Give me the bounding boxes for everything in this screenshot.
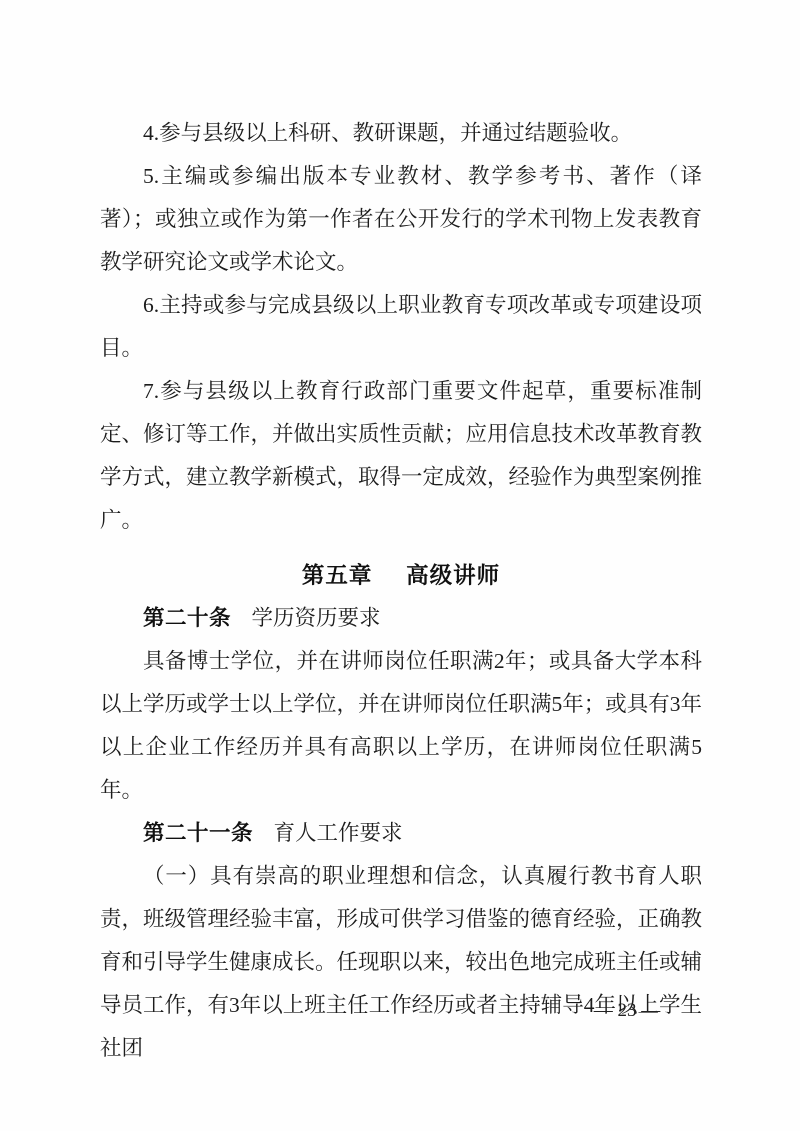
article-21-body: （一）具有崇高的职业理想和信念，认真履行教书育人职责，班级管理经验丰富，形成可供… <box>100 855 702 1070</box>
paragraph-item-7: 7.参与县级以上教育行政部门重要文件起草，重要标准制定、修订等工作，并做出实质性… <box>100 370 702 542</box>
chapter-heading: 第五章高级讲师 <box>100 554 702 597</box>
article-21-heading: 第二十一条育人工作要求 <box>100 812 702 855</box>
paragraph-item-4: 4.参与县级以上科研、教研课题，并通过结题验收。 <box>100 112 702 155</box>
article-20-body: 具备博士学位，并在讲师岗位任职满2年；或具备大学本科以上学历或学士以上学位，并在… <box>100 640 702 812</box>
article-20-number: 第二十条 <box>143 606 231 630</box>
document-page: 4.参与县级以上科研、教研课题，并通过结题验收。 5.主编或参编出版本专业教材、… <box>0 0 800 1131</box>
page-number: — 23 — <box>584 1000 670 1022</box>
paragraph-item-6: 6.主持或参与完成县级以上职业教育专项改革或专项建设项目。 <box>100 284 702 370</box>
chapter-number: 第五章 <box>302 563 373 588</box>
article-21-number: 第二十一条 <box>143 821 253 845</box>
chapter-title: 高级讲师 <box>406 563 500 588</box>
document-body: 4.参与县级以上科研、教研课题，并通过结题验收。 5.主编或参编出版本专业教材、… <box>100 112 702 1070</box>
article-20-heading: 第二十条学历资历要求 <box>100 597 702 640</box>
article-21-title: 育人工作要求 <box>273 821 402 845</box>
article-20-title: 学历资历要求 <box>251 606 380 630</box>
paragraph-item-5: 5.主编或参编出版本专业教材、教学参考书、著作（译著）；或独立或作为第一作者在公… <box>100 155 702 284</box>
